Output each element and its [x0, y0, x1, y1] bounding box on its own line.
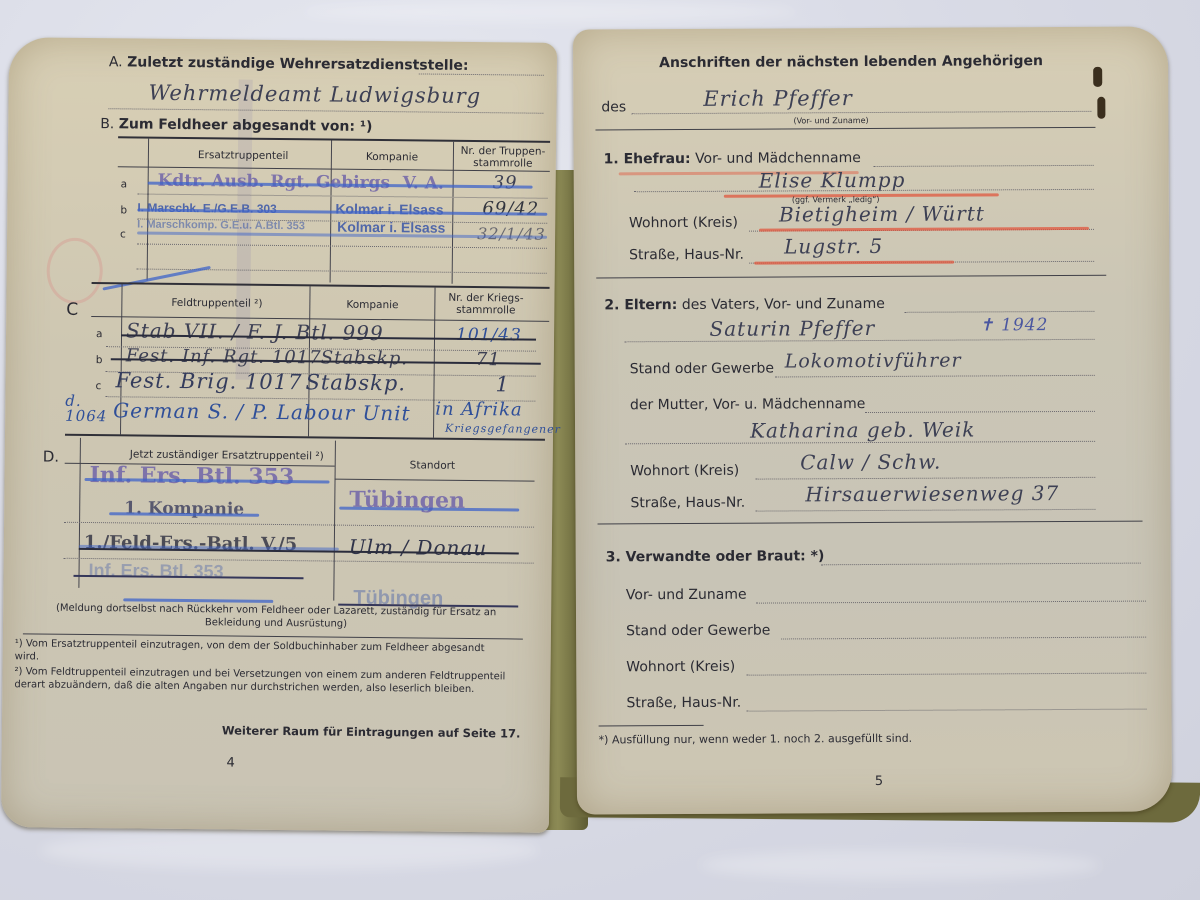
cloth-fold [300, 2, 800, 22]
section-heading: 3. Verwandte oder Braut: *) [606, 548, 825, 565]
dotted-line [625, 441, 1095, 444]
column-header: Kompanie [346, 299, 398, 312]
field-label: Wohnort (Kreis) [626, 659, 735, 676]
column-header: Feldtruppenteil ²) [171, 297, 262, 310]
footnote: *) Ausfüllung nur, wenn weder 1. noch 2.… [599, 732, 913, 747]
section-b-heading: B. Zum Feldheer abgesandt von: ¹) [100, 116, 372, 135]
father-name: Saturin Pfeffer [709, 316, 875, 341]
row-letter: c [120, 228, 126, 240]
c-unit-c: Fest. Brig. 1017 [115, 368, 302, 394]
section-a-heading: A. Zuletzt zuständige Wehrersatzdienstst… [109, 54, 469, 74]
dotted-line [108, 108, 543, 114]
section-heading: 2. Eltern: [604, 297, 677, 313]
section-heading: 1. Ehefrau: [604, 151, 691, 167]
right-page: Anschriften der nächsten lebenden Angehö… [573, 26, 1172, 814]
dotted-line [821, 563, 1141, 566]
field-label: Straße, Haus-Nr. [629, 247, 744, 264]
field-label: Stand oder Gewerbe [626, 623, 770, 640]
cloth-fold [700, 850, 1100, 880]
dotted-line [904, 311, 1094, 313]
parents-residence: Calw / Schw. [800, 450, 941, 475]
wife-name: Elise Klumpp [759, 168, 906, 193]
row-letter: a [121, 178, 128, 190]
column-divider [78, 438, 81, 588]
page-number: 5 [875, 774, 883, 789]
dotted-line [419, 73, 544, 75]
column-header: Nr. der Truppen-stammrolle [458, 145, 548, 170]
column-header: Nr. der Kriegs-stammrolle [438, 292, 533, 317]
row-letter: b [96, 354, 103, 366]
dotted-line [756, 601, 1146, 604]
paper-damage [1097, 97, 1105, 119]
dotted-line [746, 673, 1146, 676]
field-label: Wohnort (Kreis) [629, 215, 738, 232]
red-strikethrough [759, 227, 1089, 232]
c-unit-a: Stab VII. / F. J. Btl. 999 [126, 318, 384, 345]
field-label: der Mutter, Vor- u. Mädchenname [630, 396, 865, 413]
table-rule [92, 282, 550, 289]
c-number-d: in Afrika [435, 399, 523, 421]
parents-street: Hirsauerwiesenweg 37 [805, 481, 1059, 506]
c-number-c: 1 [495, 372, 510, 396]
wehrersatzdienststelle-value: Wehrmeldeamt Ludwigsburg [148, 81, 481, 108]
page-title: Anschriften der nächsten lebenden Angehö… [659, 53, 1043, 71]
c-company-b: Stabskp. [321, 347, 408, 369]
section-letter: B. [100, 116, 114, 132]
field-label: Straße, Haus-Nr. [626, 695, 741, 712]
column-header: Jetzt zuständiger Ersatztruppenteil ²) [130, 448, 324, 462]
dotted-line [64, 522, 534, 528]
section-heading: Zum Feldheer abgesandt von: ¹) [119, 116, 373, 135]
row-letter: d. 1064 [65, 394, 105, 424]
section-1-row: 1. Ehefrau: Vor- und Mädchenname [604, 150, 861, 167]
owner-label: des [601, 99, 626, 115]
section-letter: D. [43, 448, 60, 466]
dotted-line [755, 509, 1095, 512]
dotted-line [865, 411, 1095, 413]
dotted-line [625, 339, 1095, 342]
continuation-note: Weiterer Raum für Eintragungen auf Seite… [222, 723, 521, 740]
owner-name: Erich Pfeffer [703, 86, 853, 111]
section-rule [595, 127, 1095, 131]
dotted-line [755, 477, 1095, 480]
section-d-note: (Meldung dortselbst nach Rückkehr vom Fe… [41, 602, 511, 633]
section-rule [596, 275, 1106, 279]
father-death-note: ✝ 1942 [979, 315, 1048, 335]
section-2-row: 2. Eltern: des Vaters, Vor- und Zuname [604, 296, 885, 313]
c-number-b: 71 [476, 349, 501, 370]
page-number: 4 [226, 755, 234, 770]
row-letter: b [120, 204, 127, 216]
row-letter: c [95, 380, 101, 392]
dotted-line [137, 244, 547, 249]
paper-damage [1093, 67, 1102, 87]
b-number-a: 39 [493, 172, 518, 193]
dotted-line [781, 637, 1146, 640]
left-page: A. Zuletzt zuständige Wehrersatzdienstst… [1, 37, 557, 833]
field-label: Straße, Haus-Nr. [630, 495, 745, 512]
d-unit-4: Inf. Ers. Btl. 353 [88, 560, 223, 582]
table-rule [335, 479, 535, 482]
field-label: Vor- und Zuname [626, 587, 747, 604]
field-label: des Vaters, Vor- und Zuname [682, 296, 885, 313]
d-unit-1: Inf. Ers. Btl. 353 [89, 462, 294, 490]
mother-name: Katharina geb. Weik [750, 417, 975, 442]
c-note-d: Kriegsgefangener [445, 422, 561, 436]
red-stamp-remnant [46, 238, 103, 305]
father-occupation: Lokomotivführer [785, 350, 962, 373]
field-label: Stand oder Gewerbe [630, 361, 774, 378]
dotted-line [747, 709, 1147, 712]
wife-residence: Bietigheim / Württ [779, 201, 985, 226]
footnote-2: ²) Vom Feldtruppenteil einzutragen und b… [14, 665, 509, 696]
dotted-line [775, 375, 1095, 378]
dotted-line [874, 165, 1094, 167]
b-company-b: Kolmar i. Elsass [335, 201, 443, 218]
d-location-3: Ulm / Donau [349, 535, 488, 560]
field-label: Wohnort (Kreis) [630, 463, 739, 480]
c-unit-b: Fest. Inf. Rgt. 1017 [126, 345, 322, 368]
owner-caption: (Vor- und Zuname) [793, 116, 868, 125]
column-header: Kompanie [366, 151, 418, 164]
field-label: Vor- und Mädchenname [695, 150, 861, 167]
footnote-rule [599, 725, 704, 727]
c-unit-d: German S. / P. Labour Unit [113, 398, 411, 425]
dotted-line [631, 111, 1091, 114]
b-number-c: 32/1/43 [477, 224, 546, 244]
section-heading: Zuletzt zuständige Wehrersatzdienststell… [127, 54, 469, 74]
b-unit-c: I. Marschkomp. G.E.u. A.Btl. 353 [137, 219, 305, 233]
wife-street: Lugstr. 5 [784, 234, 883, 259]
section-rule [598, 521, 1143, 525]
section-letter: A. [109, 54, 123, 70]
row-letter: a [96, 328, 103, 340]
column-header: Ersatztruppenteil [198, 149, 289, 162]
c-number-a: 101/43 [456, 325, 522, 346]
column-header: Standort [410, 459, 456, 471]
section-letter: C [66, 300, 78, 320]
red-strikethrough [754, 261, 954, 265]
table-rule [118, 136, 550, 143]
c-company-c: Stabskp. [305, 370, 406, 395]
b-number-b: 69/42 [482, 198, 539, 220]
footnote-1: ¹) Vom Ersatztruppenteil einzutragen, vo… [15, 637, 510, 668]
cloth-fold [40, 830, 540, 870]
